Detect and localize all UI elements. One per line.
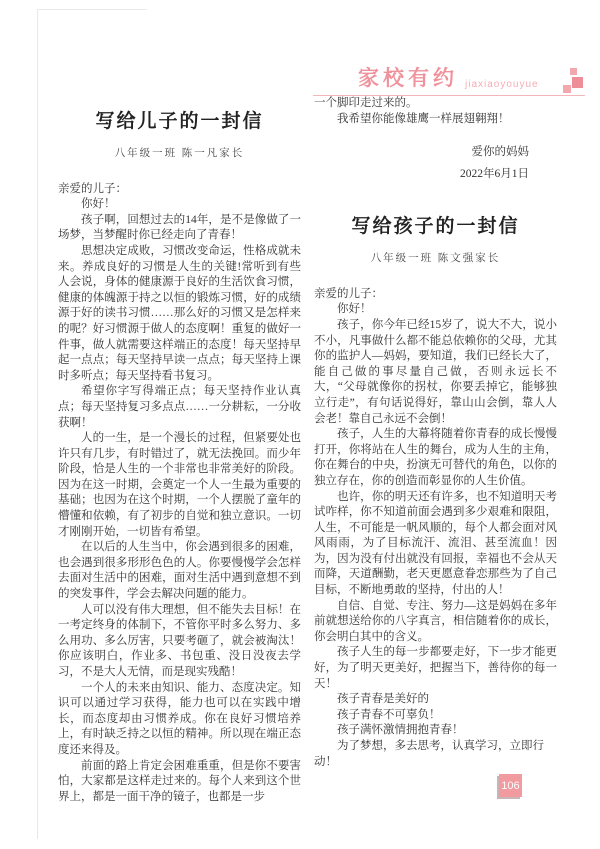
signature-block: 爱你的妈妈 2022年6月1日 [314,141,557,185]
paragraph: 孩子人生的每一步都要走好，下一步才能更好，为了明天更美好，把握当下，善待你的每一… [314,645,557,692]
page-number-badge: 106 [499,774,522,797]
right-column: 一个脚印走过来的。 我希望你能像雄鹰一样展翅翱翔！ 爱你的妈妈 2022年6月1… [314,96,557,770]
article-body-right: 孩子，你今年已经15岁了，说大不大，说小不小，凡事做什么都不能总依赖你的父母，尤… [314,318,557,692]
continuation-line: 我希望你能像雄鹰一样展翅翱翔！ [314,112,557,128]
paragraph: 思想决定成败，习惯改变命运，性格成就未来。养成良好的习惯是人生的关键!常听到有些… [58,244,301,384]
closing-line: 孩子青春不可辜负！ [314,708,557,724]
closing-lines: 孩子青春是美好的孩子青春不可辜负！孩子满怀激情拥抱青春！为了梦想，多去思考，认真… [314,692,557,770]
closing-line: 孩子青春是美好的 [314,692,557,708]
paragraph: 一个人的未来由知识、能力、态度决定。知识可以通过学习获得，能力也可以在实践中增长… [58,681,301,759]
paragraph: 孩子，你今年已经15岁了，说大不大，说小不小，凡事做什么都不能总依赖你的父母，尤… [314,318,557,427]
signature: 爱你的妈妈 [314,141,529,163]
article-body-left: 孩子啊，回想过去的14年，是不是像做了一场梦，当梦醒时你已经走向了青春！思想决定… [58,213,301,806]
salutation-right: 亲爱的儿子： [314,287,557,303]
paragraph: 也许，你的明天还有许多，也不知道明天考试咋样，你不知道前面会遇到多少艰难和限阻，… [314,490,557,599]
pixel-squares-logo-icon [563,68,583,94]
salutation-left: 亲爱的儿子： [58,182,301,198]
paragraph: 希望你字写得端正点；每天坚持作业认真点；每天坚持复习多点点……一分耕耘，一分收获… [58,384,301,431]
greeting-right: 你好！ [314,302,557,318]
page-scan-edge-top [37,9,147,10]
greeting-left: 你好！ [58,197,301,213]
paragraph: 自信、自觉、专注、努力—这是妈妈在多年前就想送给你的八字真言，相信随着你的成长，… [314,599,557,646]
closing-line: 为了梦想，多去思考，认真学习，立即行动！ [314,739,557,770]
magazine-page: 家校有约 jiaxiaoyouyue 写给儿子的一封信 八年级一班 陈一凡家长 … [0,0,600,849]
paragraph: 人的一生，是一个漫长的过程，但紧要处也许只有几步，有时错过了，就无法挽回。而少年… [58,431,301,540]
article-header-right: 写给孩子的一封信 八年级一班 陈文强家长 [314,215,557,267]
article-title-right: 写给孩子的一封信 [314,215,557,239]
page-scan-edge-left [37,10,38,839]
brand-pinyin: jiaxiaoyouyue [465,79,539,90]
paragraph: 前面的路上肯定会困难重重，但是你不要害怕，大家都是这样走过来的。每个人来到这个世… [58,759,301,806]
article-byline-right: 八年级一班 陈文强家长 [314,251,557,267]
article-byline-left: 八年级一班 陈一凡家长 [58,146,301,162]
paragraph: 孩子，人生的大幕将随着你青春的成长慢慢打开，你将站在人生的舞台，成为人生的主角，… [314,427,557,489]
letter-date: 2022年6月1日 [314,163,529,185]
article-title-left: 写给儿子的一封信 [58,110,301,134]
continuation-line: 一个脚印走过来的。 [314,96,557,112]
paragraph: 在以后的人生当中，你会遇到很多的困难，也会遇到很多形形色色的人。你要慢慢学会怎样… [58,540,301,602]
section-header: 家校有约 jiaxiaoyouyue [313,58,585,96]
paragraph: 孩子啊，回想过去的14年，是不是像做了一场梦，当梦醒时你已经走向了青春！ [58,213,301,244]
brand-title: 家校有约 [358,62,458,92]
closing-line: 孩子满怀激情拥抱青春！ [314,723,557,739]
paragraph: 人可以没有伟大理想，但不能失去目标！在一考定终身的体制下，不管你平时多么努力、多… [58,603,301,681]
left-column: 写给儿子的一封信 八年级一班 陈一凡家长 亲爱的儿子： 你好！ 孩子啊，回想过去… [58,110,301,805]
